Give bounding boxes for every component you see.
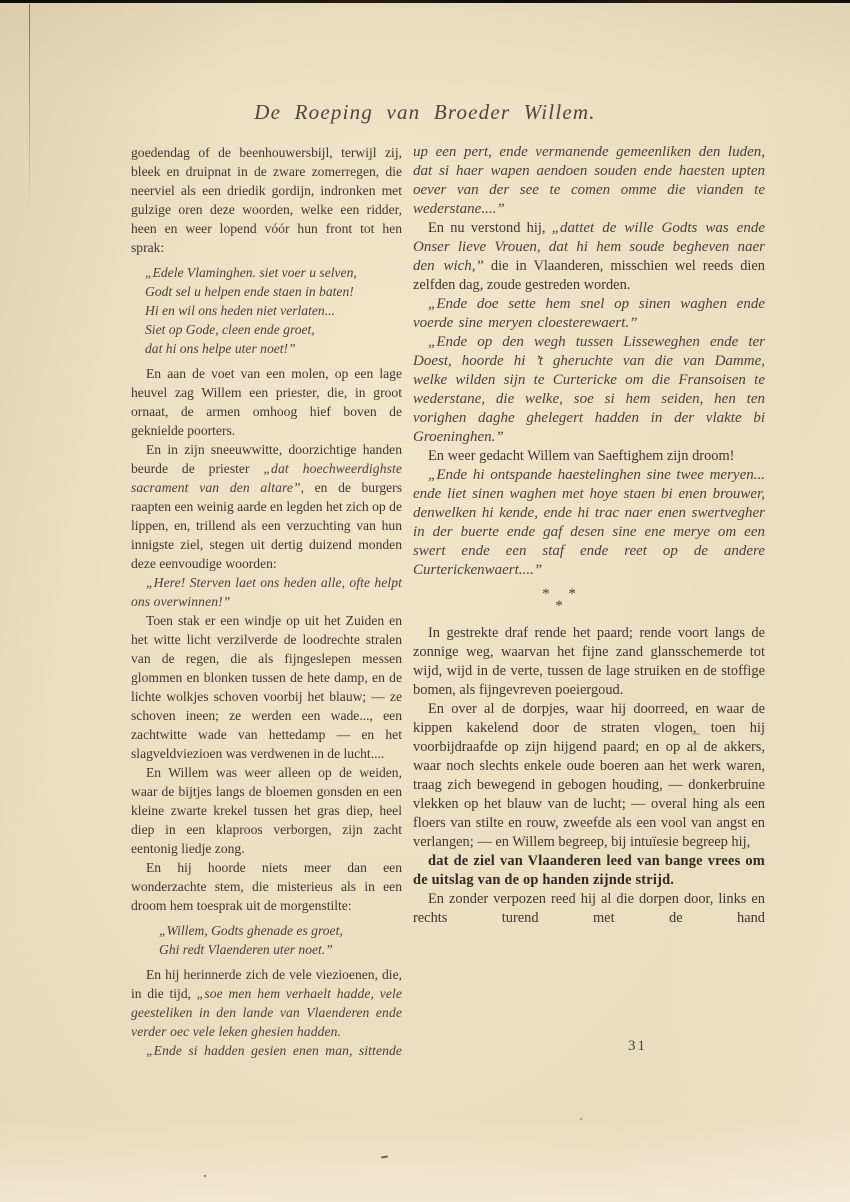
paragraph: En weer gedacht Willem van Saeftighem zi…	[413, 447, 765, 466]
text-segment-roman: En zonder verpozen reed hij al die dorpe…	[413, 891, 765, 926]
text-segment-roman: En weer gedacht Willem van Saeftighem zi…	[428, 448, 734, 464]
paper-speck	[692, 733, 700, 735]
verse-block: „Willem, Godts ghenade es groet,Ghi redt…	[131, 921, 402, 959]
paragraph: En in zijn sneeuwwitte, doorzichtige han…	[131, 440, 402, 573]
asterism-bottom-row: *	[499, 601, 619, 612]
paragraph: up een pert, ende vermanende gemeenliken…	[413, 143, 765, 219]
text-segment-bold: dat de ziel van Vlaanderen leed van bang…	[413, 853, 765, 888]
text-segment-roman: En aan de voet van een molen, op een lag…	[131, 366, 402, 438]
page-number: 31	[628, 1038, 647, 1055]
verse-line: Ghi redt Vlaenderen uter noet.”	[159, 940, 402, 959]
paragraph: En Willem was weer alleen op de weiden, …	[131, 763, 402, 858]
text-segment-italic: „Here! Sterven laet ons heden alle, ofte…	[131, 575, 402, 609]
text-segment-italic: „Ende si hadden gesien enen man, sittend…	[146, 1043, 402, 1058]
right-column: up een pert, ende vermanende gemeenliken…	[413, 143, 765, 928]
paragraph: En hij herinnerde zich de vele viezioene…	[131, 965, 402, 1041]
paragraph: „Ende doe sette hem snel op sinen waghen…	[413, 295, 765, 333]
paragraph: „Here! Sterven laet ons heden alle, ofte…	[131, 573, 402, 611]
paragraph: „Ende si hadden gesien enen man, sittend…	[131, 1041, 402, 1060]
verse-line: dat hi ons helpe uter noet!”	[145, 339, 402, 358]
text-columns: goedendag of de beenhouwersbijl, terwijl…	[131, 143, 765, 1060]
verse-line: Hi en wil ons heden niet verlaten...	[145, 301, 402, 320]
paragraph: En aan de voet van een molen, op een lag…	[131, 364, 402, 440]
text-segment-roman: goedendag of de beenhouwersbijl, terwijl…	[131, 145, 402, 255]
paragraph: dat de ziel van Vlaanderen leed van bang…	[413, 852, 765, 890]
paragraph: „Ende op den wegh tussen Lisseweghen end…	[413, 333, 765, 447]
left-column: goedendag of de beenhouwersbijl, terwijl…	[131, 143, 402, 1060]
text-segment-italic: up een pert, ende vermanende gemeenliken…	[413, 144, 765, 217]
paragraph: En over al de dorpjes, waar hij doorreed…	[413, 700, 765, 852]
paragraph: En zonder verpozen reed hij al die dorpe…	[413, 890, 765, 928]
verse-block: „Edele Vlaminghen. siet voer u selven,Go…	[131, 263, 402, 358]
paragraph: In gestrekte draf rende het paard; rende…	[413, 624, 765, 700]
text-segment-roman: In gestrekte draf rende het paard; rende…	[413, 625, 765, 698]
paragraph: En nu verstond hij, „dattet de wille God…	[413, 219, 765, 295]
paragraph: En hij hoorde niets meer dan een wonderz…	[131, 858, 402, 915]
scan-top-edge	[0, 0, 850, 3]
paragraph: Toen stak er een windje op uit het Zuide…	[131, 611, 402, 763]
paper-speck	[580, 1118, 582, 1120]
text-segment-roman: En hij hoorde niets meer dan een wonderz…	[131, 860, 402, 913]
text-segment-roman: En over al de dorpjes, waar hij doorreed…	[413, 701, 765, 850]
text-segment-italic: „Ende hi ontspande haestelinghen sine tw…	[413, 467, 765, 578]
verse-line: Godt sel u helpen ende staen in baten!	[145, 282, 402, 301]
asterism-separator: * **	[499, 588, 619, 612]
paragraph: „Ende hi ontspande haestelinghen sine tw…	[413, 466, 765, 580]
book-page: De Roeping van Broeder Willem. goedendag…	[0, 0, 850, 1202]
text-segment-roman: Toen stak er een windje op uit het Zuide…	[131, 613, 402, 761]
paragraph: goedendag of de beenhouwersbijl, terwijl…	[131, 143, 402, 257]
text-segment-roman: En Willem was weer alleen op de weiden, …	[131, 765, 402, 856]
text-segment-italic: „Ende op den wegh tussen Lisseweghen end…	[413, 334, 765, 445]
text-segment-italic: „Ende doe sette hem snel op sinen waghen…	[413, 296, 765, 331]
verse-line: „Willem, Godts ghenade es groet,	[159, 921, 402, 940]
verse-line: „Edele Vlaminghen. siet voer u selven,	[145, 263, 402, 282]
text-segment-roman: En nu verstond hij,	[428, 220, 552, 236]
paper-speck	[381, 1156, 388, 1159]
verse-line: Siet op Gode, cleen ende groet,	[145, 320, 402, 339]
page-title: De Roeping van Broeder Willem.	[0, 101, 850, 123]
paper-speck	[204, 1175, 206, 1177]
